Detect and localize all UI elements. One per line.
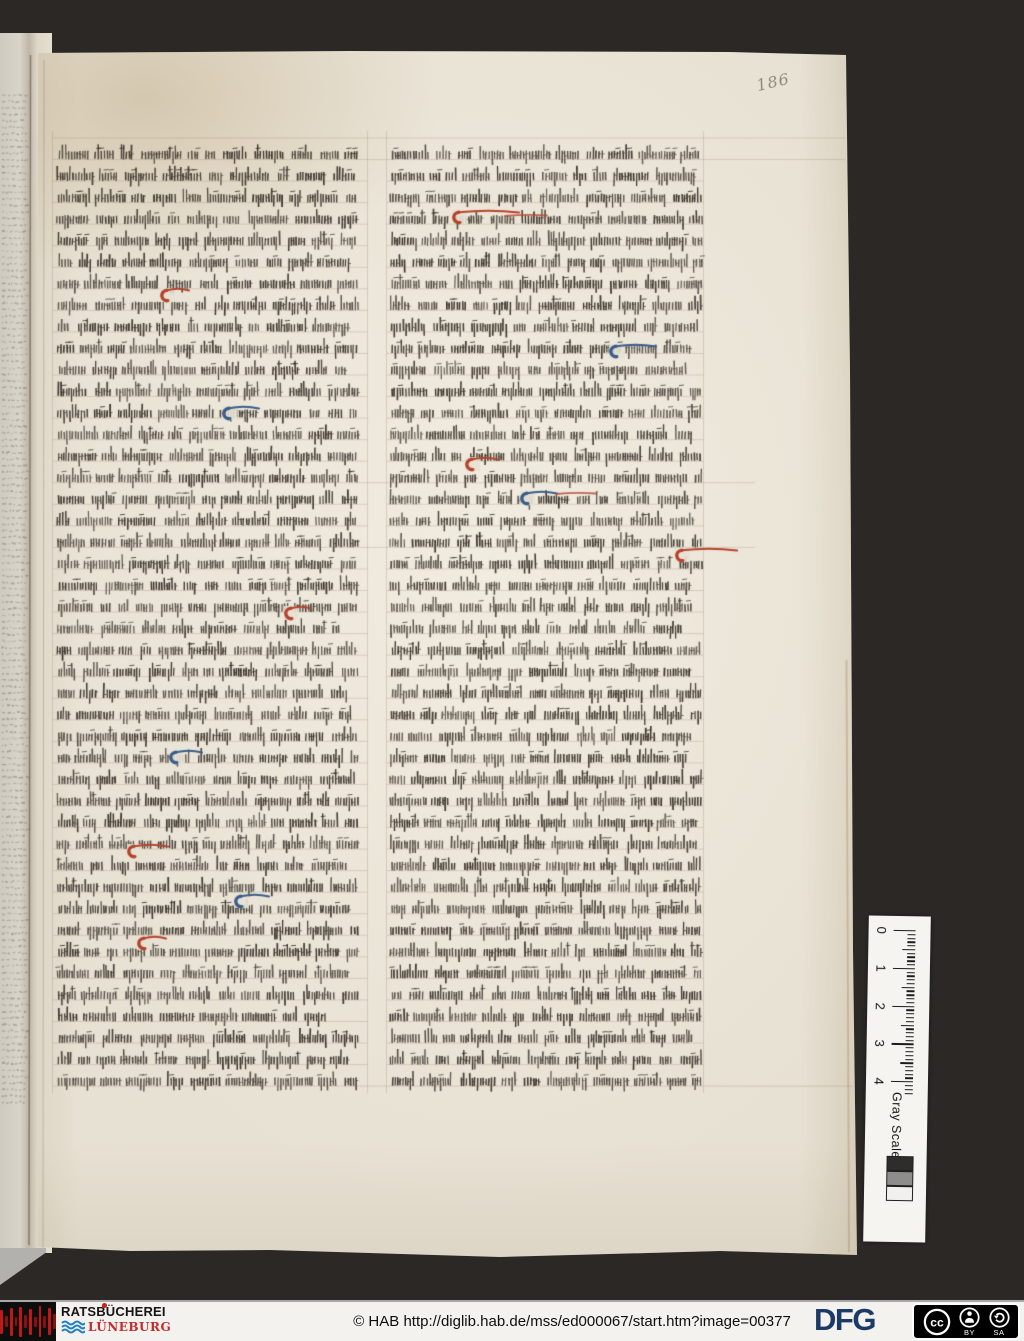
gray-swatches xyxy=(869,915,931,916)
ruler-tick xyxy=(906,1017,914,1018)
ruler-tick xyxy=(905,1059,913,1060)
ruler-tick xyxy=(902,987,915,989)
ruler-tick xyxy=(902,949,915,951)
gray-swatch xyxy=(886,1171,913,1186)
logo-bar xyxy=(39,1306,42,1337)
ruler-tick xyxy=(906,1032,914,1033)
ruler-tick xyxy=(907,972,915,973)
cc-by-icon xyxy=(959,1307,980,1328)
city-name: LÜNEBURG xyxy=(88,1321,171,1333)
logo-bar xyxy=(19,1307,22,1337)
cc-icon: cc xyxy=(923,1308,951,1336)
cc-icon-text: cc xyxy=(930,1315,944,1329)
manuscript-page xyxy=(30,50,858,1262)
ruler-tick xyxy=(907,945,915,946)
ruler-tick xyxy=(907,957,915,958)
logo-bar xyxy=(0,1310,3,1334)
ruler-number: 2 xyxy=(873,998,888,1014)
ruler-tick xyxy=(906,1028,914,1029)
umlaut-accent-icon xyxy=(102,1303,107,1308)
logo-bar xyxy=(15,1317,18,1326)
ruler-tick xyxy=(907,941,915,942)
ruler-tick xyxy=(906,1040,914,1041)
ruler-tick xyxy=(905,1066,913,1067)
grayscale-ruler: 01234 Gray Scale xyxy=(863,915,931,1242)
ruler-number: 0 xyxy=(874,922,889,938)
logo-bar xyxy=(34,1317,37,1327)
ruler-tick xyxy=(892,1006,914,1008)
logo-bar xyxy=(43,1316,46,1328)
ruler-number: 3 xyxy=(872,1035,887,1051)
cc-license-badge: cc BY SA xyxy=(912,1303,1020,1340)
waves-icon xyxy=(61,1320,85,1334)
ruler-tick xyxy=(906,994,914,995)
ruler-tick xyxy=(907,983,915,984)
ruler-tick xyxy=(907,991,915,992)
cc-sa-label: SA xyxy=(993,1329,1004,1337)
ruler-tick xyxy=(906,1021,914,1022)
gray-scale-label: Gray Scale xyxy=(889,1092,904,1159)
cc-by-label: BY xyxy=(964,1329,975,1337)
ruler-tick xyxy=(907,953,915,954)
ruler-ticks: 01234 xyxy=(869,915,931,916)
ruler-tick xyxy=(891,1081,913,1083)
ruler-number: 1 xyxy=(873,960,888,976)
library-name: RATSBÜCHEREI xyxy=(61,1305,171,1318)
attribution-text: © HAB http://diglib.hab.de/mss/ed000067/… xyxy=(353,1302,791,1341)
logo-bar xyxy=(24,1315,27,1328)
ruler-tick xyxy=(905,1089,913,1090)
ruler-tick xyxy=(905,1070,913,1071)
ruler-tick xyxy=(900,1062,913,1064)
ruler-tick xyxy=(894,930,916,932)
ruler-tick xyxy=(907,979,915,980)
ruler-tick xyxy=(908,934,916,935)
ruler-tick xyxy=(893,968,915,970)
ruler-tick xyxy=(906,1047,914,1048)
ruler-tick xyxy=(905,1093,913,1094)
logo-bar xyxy=(53,1314,56,1329)
ruler-tick xyxy=(907,938,915,939)
ruler-tick xyxy=(892,1043,914,1045)
logo-bar xyxy=(10,1308,13,1336)
ruler-tick xyxy=(905,1074,913,1075)
ruler-tick xyxy=(906,1002,914,1003)
library-name-block: RATSBÜCHEREI LÜNEBURG xyxy=(61,1305,171,1334)
ruler-tick xyxy=(906,1013,914,1014)
library-name-text: RATSBÜCHEREI xyxy=(61,1304,166,1319)
ruler-tick xyxy=(905,1051,913,1052)
ruler-tick xyxy=(905,1085,913,1086)
ruler-tick xyxy=(906,998,914,999)
dfg-logo: DFG xyxy=(814,1302,875,1341)
gray-swatch xyxy=(886,1186,913,1201)
ruler-tick xyxy=(905,1055,913,1056)
ruler-tick xyxy=(905,1078,913,1079)
library-logo xyxy=(0,1302,56,1341)
ruler-tick xyxy=(906,1036,914,1037)
logo-bar xyxy=(5,1316,8,1327)
table-corner xyxy=(0,1248,46,1285)
cc-sa-icon xyxy=(989,1307,1010,1328)
photo-background: 186 01234 Gray Scale RATSBÜCHEREI LÜNEBU… xyxy=(0,0,1024,1341)
ruler-tick xyxy=(907,976,915,977)
ruler-tick xyxy=(901,1025,914,1027)
footer-bar: RATSBÜCHEREI LÜNEBURG © HAB http://digli… xyxy=(0,1300,1024,1341)
ruler-number: 4 xyxy=(871,1073,886,1089)
logo-bar xyxy=(48,1308,51,1335)
ruler-tick xyxy=(907,964,915,965)
gray-swatch xyxy=(886,1156,913,1171)
logo-bar xyxy=(29,1309,32,1335)
ruler-tick xyxy=(906,1010,914,1011)
ruler-tick xyxy=(907,960,915,961)
